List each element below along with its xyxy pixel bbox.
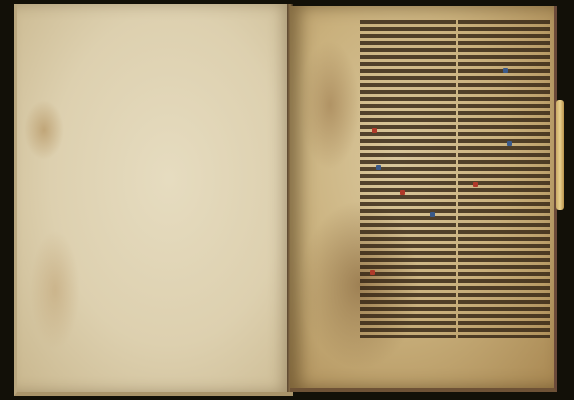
red-initial: [473, 182, 478, 187]
red-initial: [370, 270, 375, 275]
red-initial: [400, 190, 405, 195]
stain: [24, 100, 64, 160]
stain: [30, 230, 80, 350]
red-initial: [372, 128, 377, 133]
blue-initial: [376, 165, 381, 170]
manuscript-photo: [0, 0, 574, 400]
bookmark-ribbon: [556, 100, 564, 210]
blue-initial: [430, 212, 435, 217]
stain: [300, 40, 360, 170]
blue-initial: [507, 141, 512, 146]
text-column-left: [360, 20, 456, 338]
blue-initial: [503, 68, 508, 73]
